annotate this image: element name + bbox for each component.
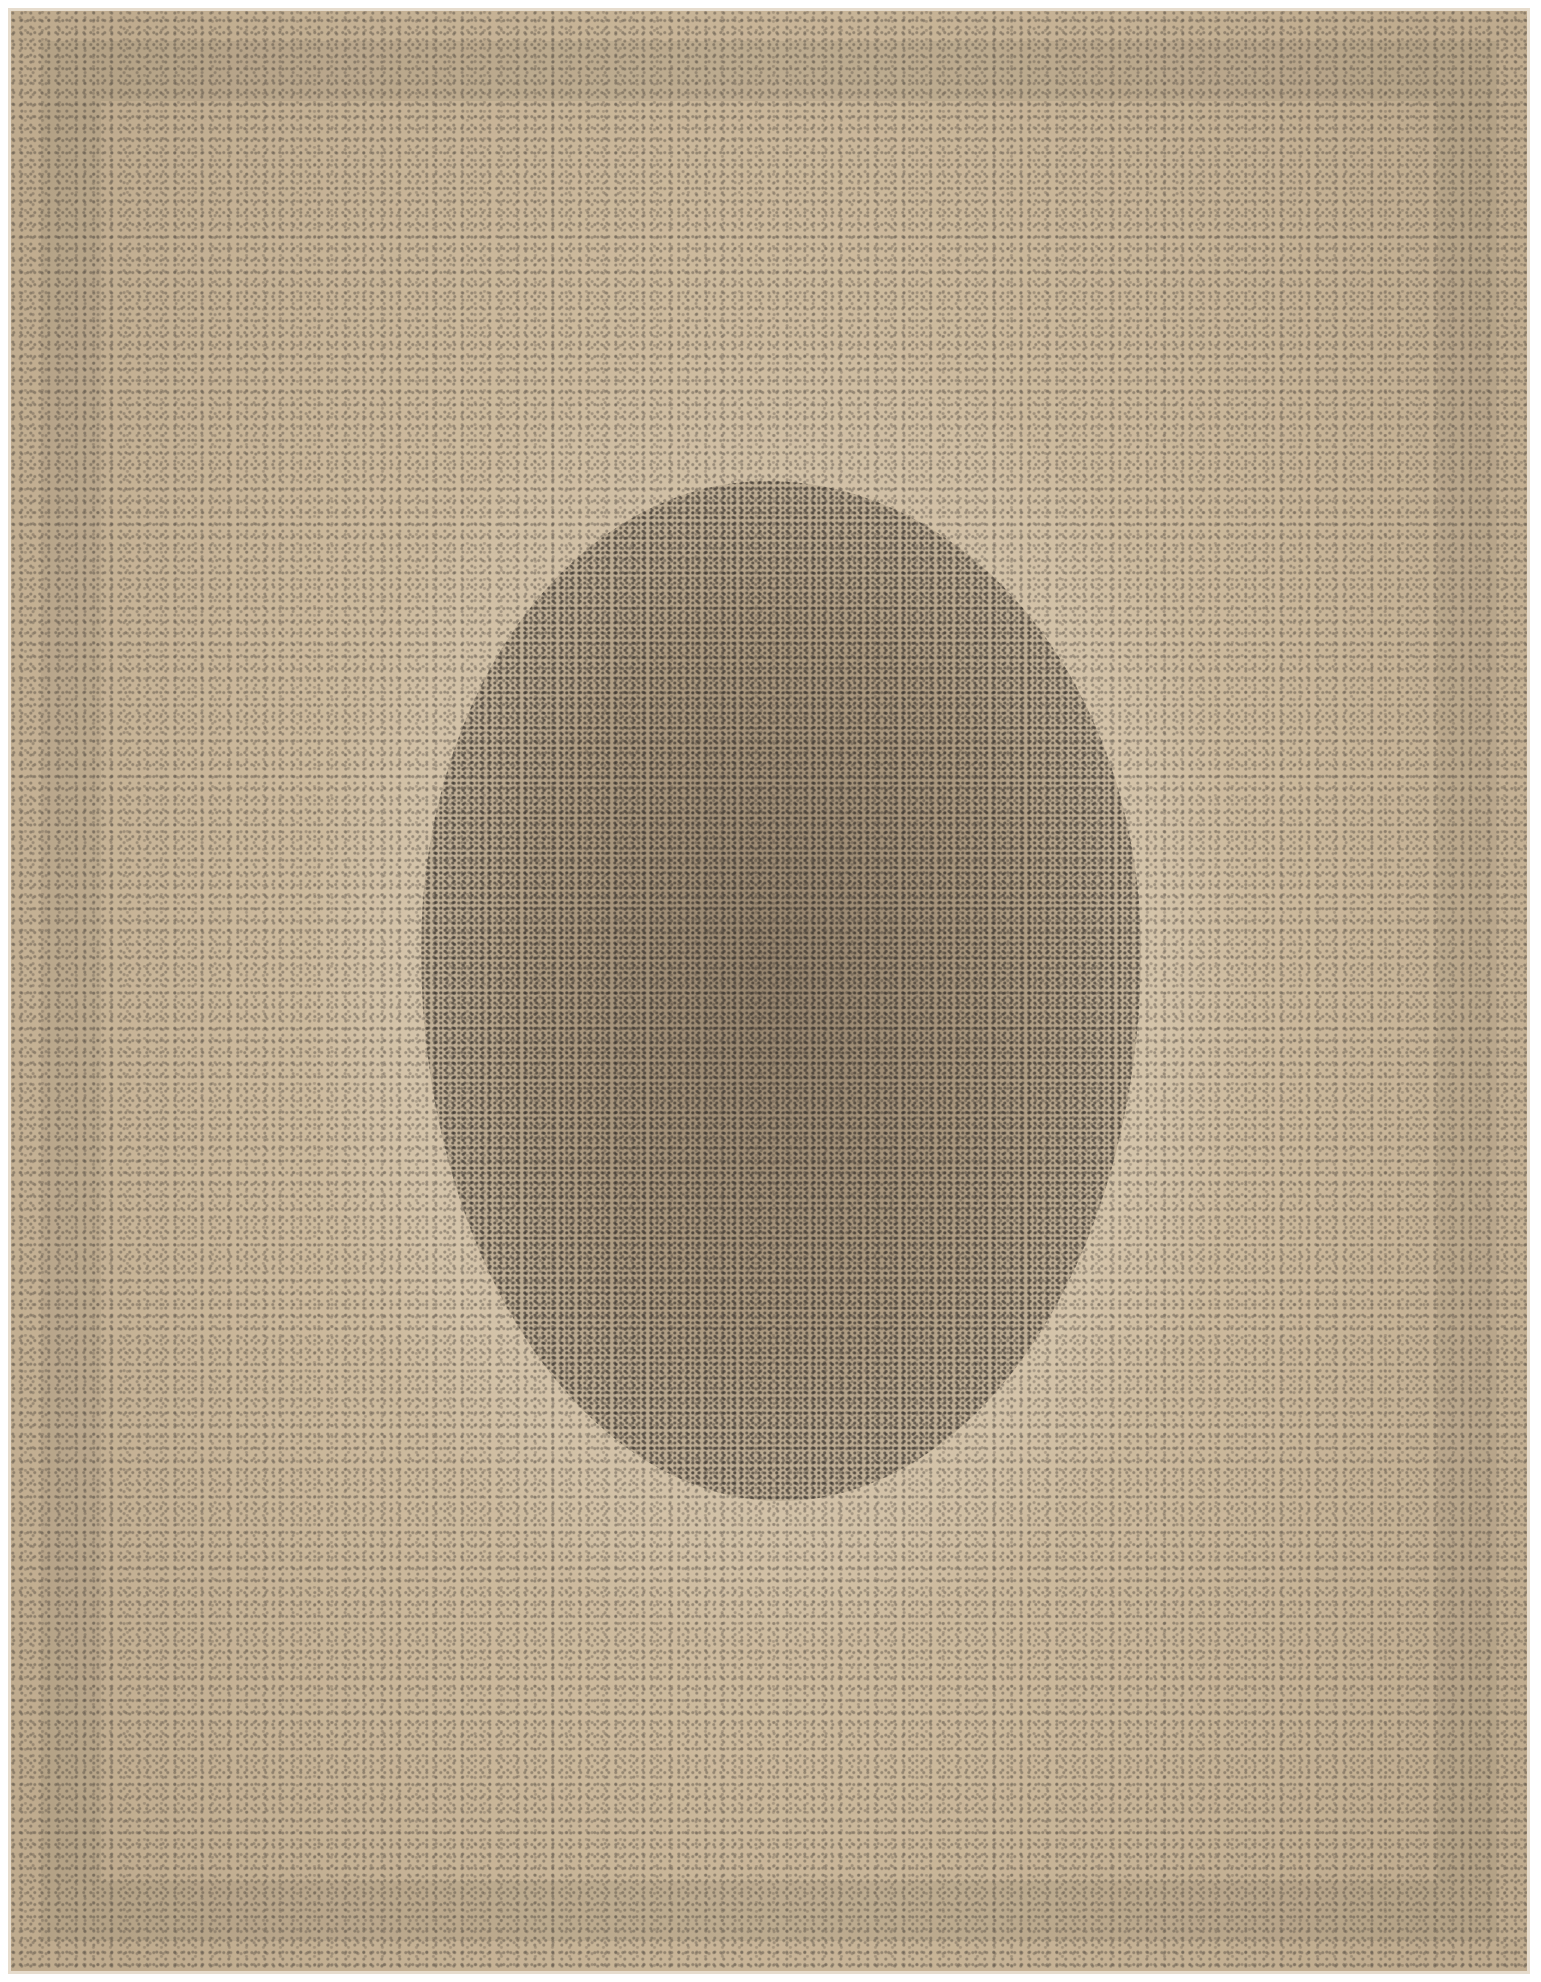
rug — [8, 8, 1530, 1974]
rug-speckle-pattern — [11, 11, 1527, 1971]
